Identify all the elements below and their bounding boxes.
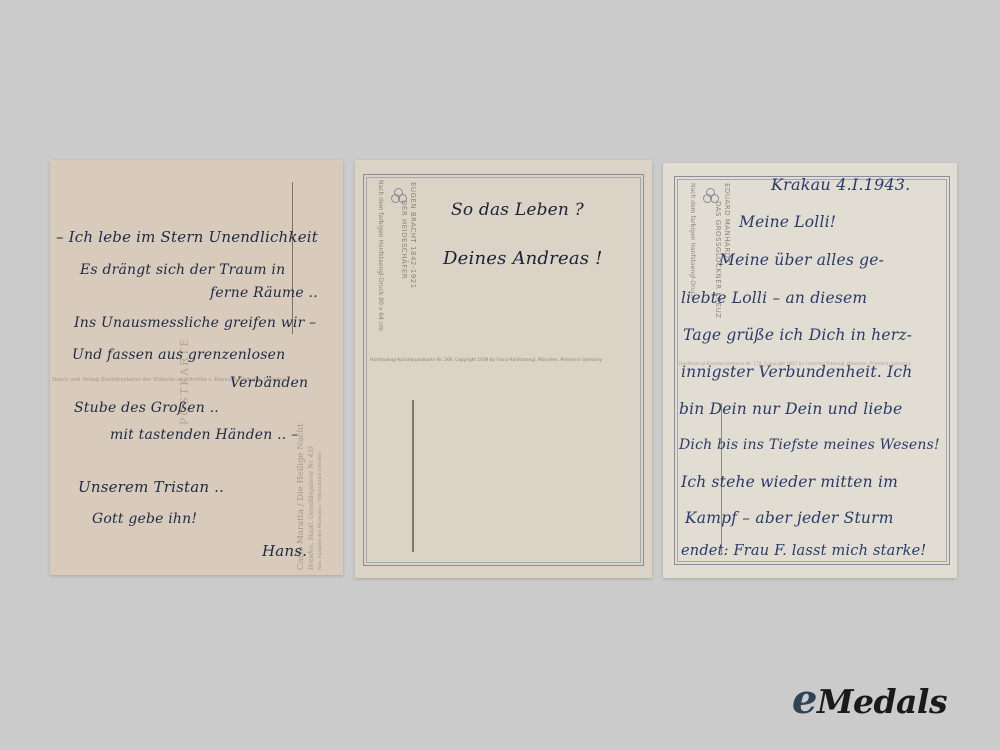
handwriting-line: Tage grüße ich Dich in herz- <box>683 326 912 344</box>
handwriting-line: Dich bis ins Tiefste meines Wesens! <box>679 437 940 453</box>
handwriting-line: endet: Frau F. lasst mich starke! <box>681 543 926 559</box>
handwriting-line: Verbänden <box>230 375 308 391</box>
handwriting-line: Meine über alles ge- <box>719 251 884 269</box>
emedals-watermark-logo: eMedals <box>792 676 947 723</box>
date-line: Krakau 4.I.1943. <box>771 175 910 194</box>
handwriting-line: bin Dein nur Dein und liebe <box>679 400 902 418</box>
salutation: Meine Lolli! <box>739 213 836 231</box>
artwork-edition: Aus: Ausgabe des Museums / Volkstümlich … <box>318 452 323 570</box>
address-divider-line <box>412 400 414 552</box>
handwriting-line: ferne Räume .. <box>210 285 318 301</box>
handwriting-line: Und fassen aus grenzenlosen <box>72 347 285 363</box>
logo-text: Medals <box>817 682 947 721</box>
handwriting-line: Unserem Tristan .. <box>78 478 224 496</box>
handwriting-line: – Ich lebe im Stern Unendlichkeit <box>56 228 318 246</box>
publisher-logo-icon <box>703 188 717 202</box>
handwriting-line: innigster Verbundenheit. Ich <box>681 363 912 381</box>
print-info: Nach dem farbigen Hanfstaengl-Druck 80 x… <box>377 180 384 331</box>
address-divider-line <box>292 182 293 334</box>
handwriting-line: Gott gebe ihn! <box>92 511 197 527</box>
handwriting-line: Kampf – aber jeder Sturm <box>685 509 894 527</box>
artwork-title: DER HEIDESCHÄFER <box>400 200 408 279</box>
handwriting-line: mit tastenden Händen .. – <box>110 427 298 443</box>
signature: Hans. <box>262 542 307 560</box>
handwriting-line: Ins Unausmessliche greifen wir – <box>74 315 316 331</box>
postcard-left: POSTKARTE Druck und Verlag Buchdruckerei… <box>50 160 343 575</box>
handwriting-line: So das Leben ? <box>451 200 584 220</box>
logo-prefix: e <box>792 676 817 723</box>
handwriting-line: Es drängt sich der Traum in <box>80 262 285 278</box>
postcard-middle: EUGEN BRACHT 1842-1921 DER HEIDESCHÄFER … <box>355 160 652 578</box>
artwork-collection: Dresden, Staatl. Gemäldegalerie Nr. 433 <box>308 446 315 570</box>
handwriting-line: liebte Lolli – an diesem <box>681 289 867 307</box>
artist-name: EUGEN BRACHT 1842-1921 <box>409 182 417 289</box>
handwriting-line: Deines Andreas ! <box>443 248 603 269</box>
print-info: Nach dem farbigen Hanfstaengl-Druck <box>689 183 696 298</box>
handwriting-line: Ich stehe wieder mitten im <box>681 473 898 491</box>
publisher-line: Hanfstaengl-Künstlerpostkarte Nr. 266. C… <box>370 358 602 363</box>
postcard-right: EDUARD MANHARDT DAS GROSSGLOCKNER KREUZ … <box>663 163 957 578</box>
handwriting-line: Stube des Großen .. <box>74 400 219 416</box>
